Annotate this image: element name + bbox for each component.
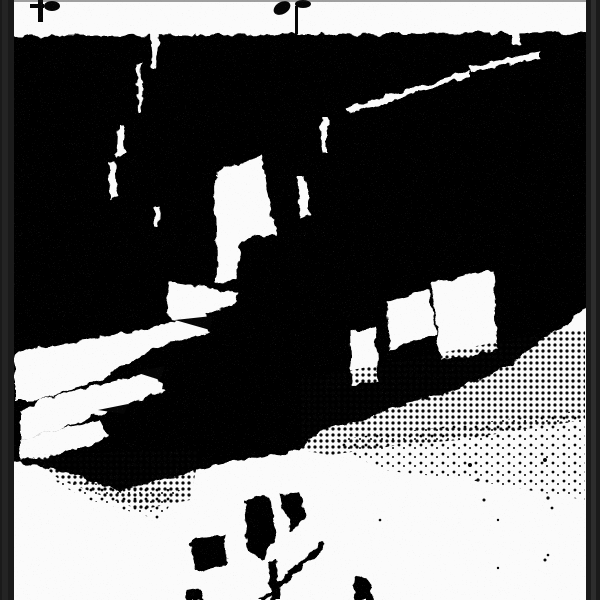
photo-canvas [0,0,600,600]
halftone-grain [0,0,600,600]
halftone-street-photograph: Grainy high-contrast black-and-white hal… [0,0,600,600]
